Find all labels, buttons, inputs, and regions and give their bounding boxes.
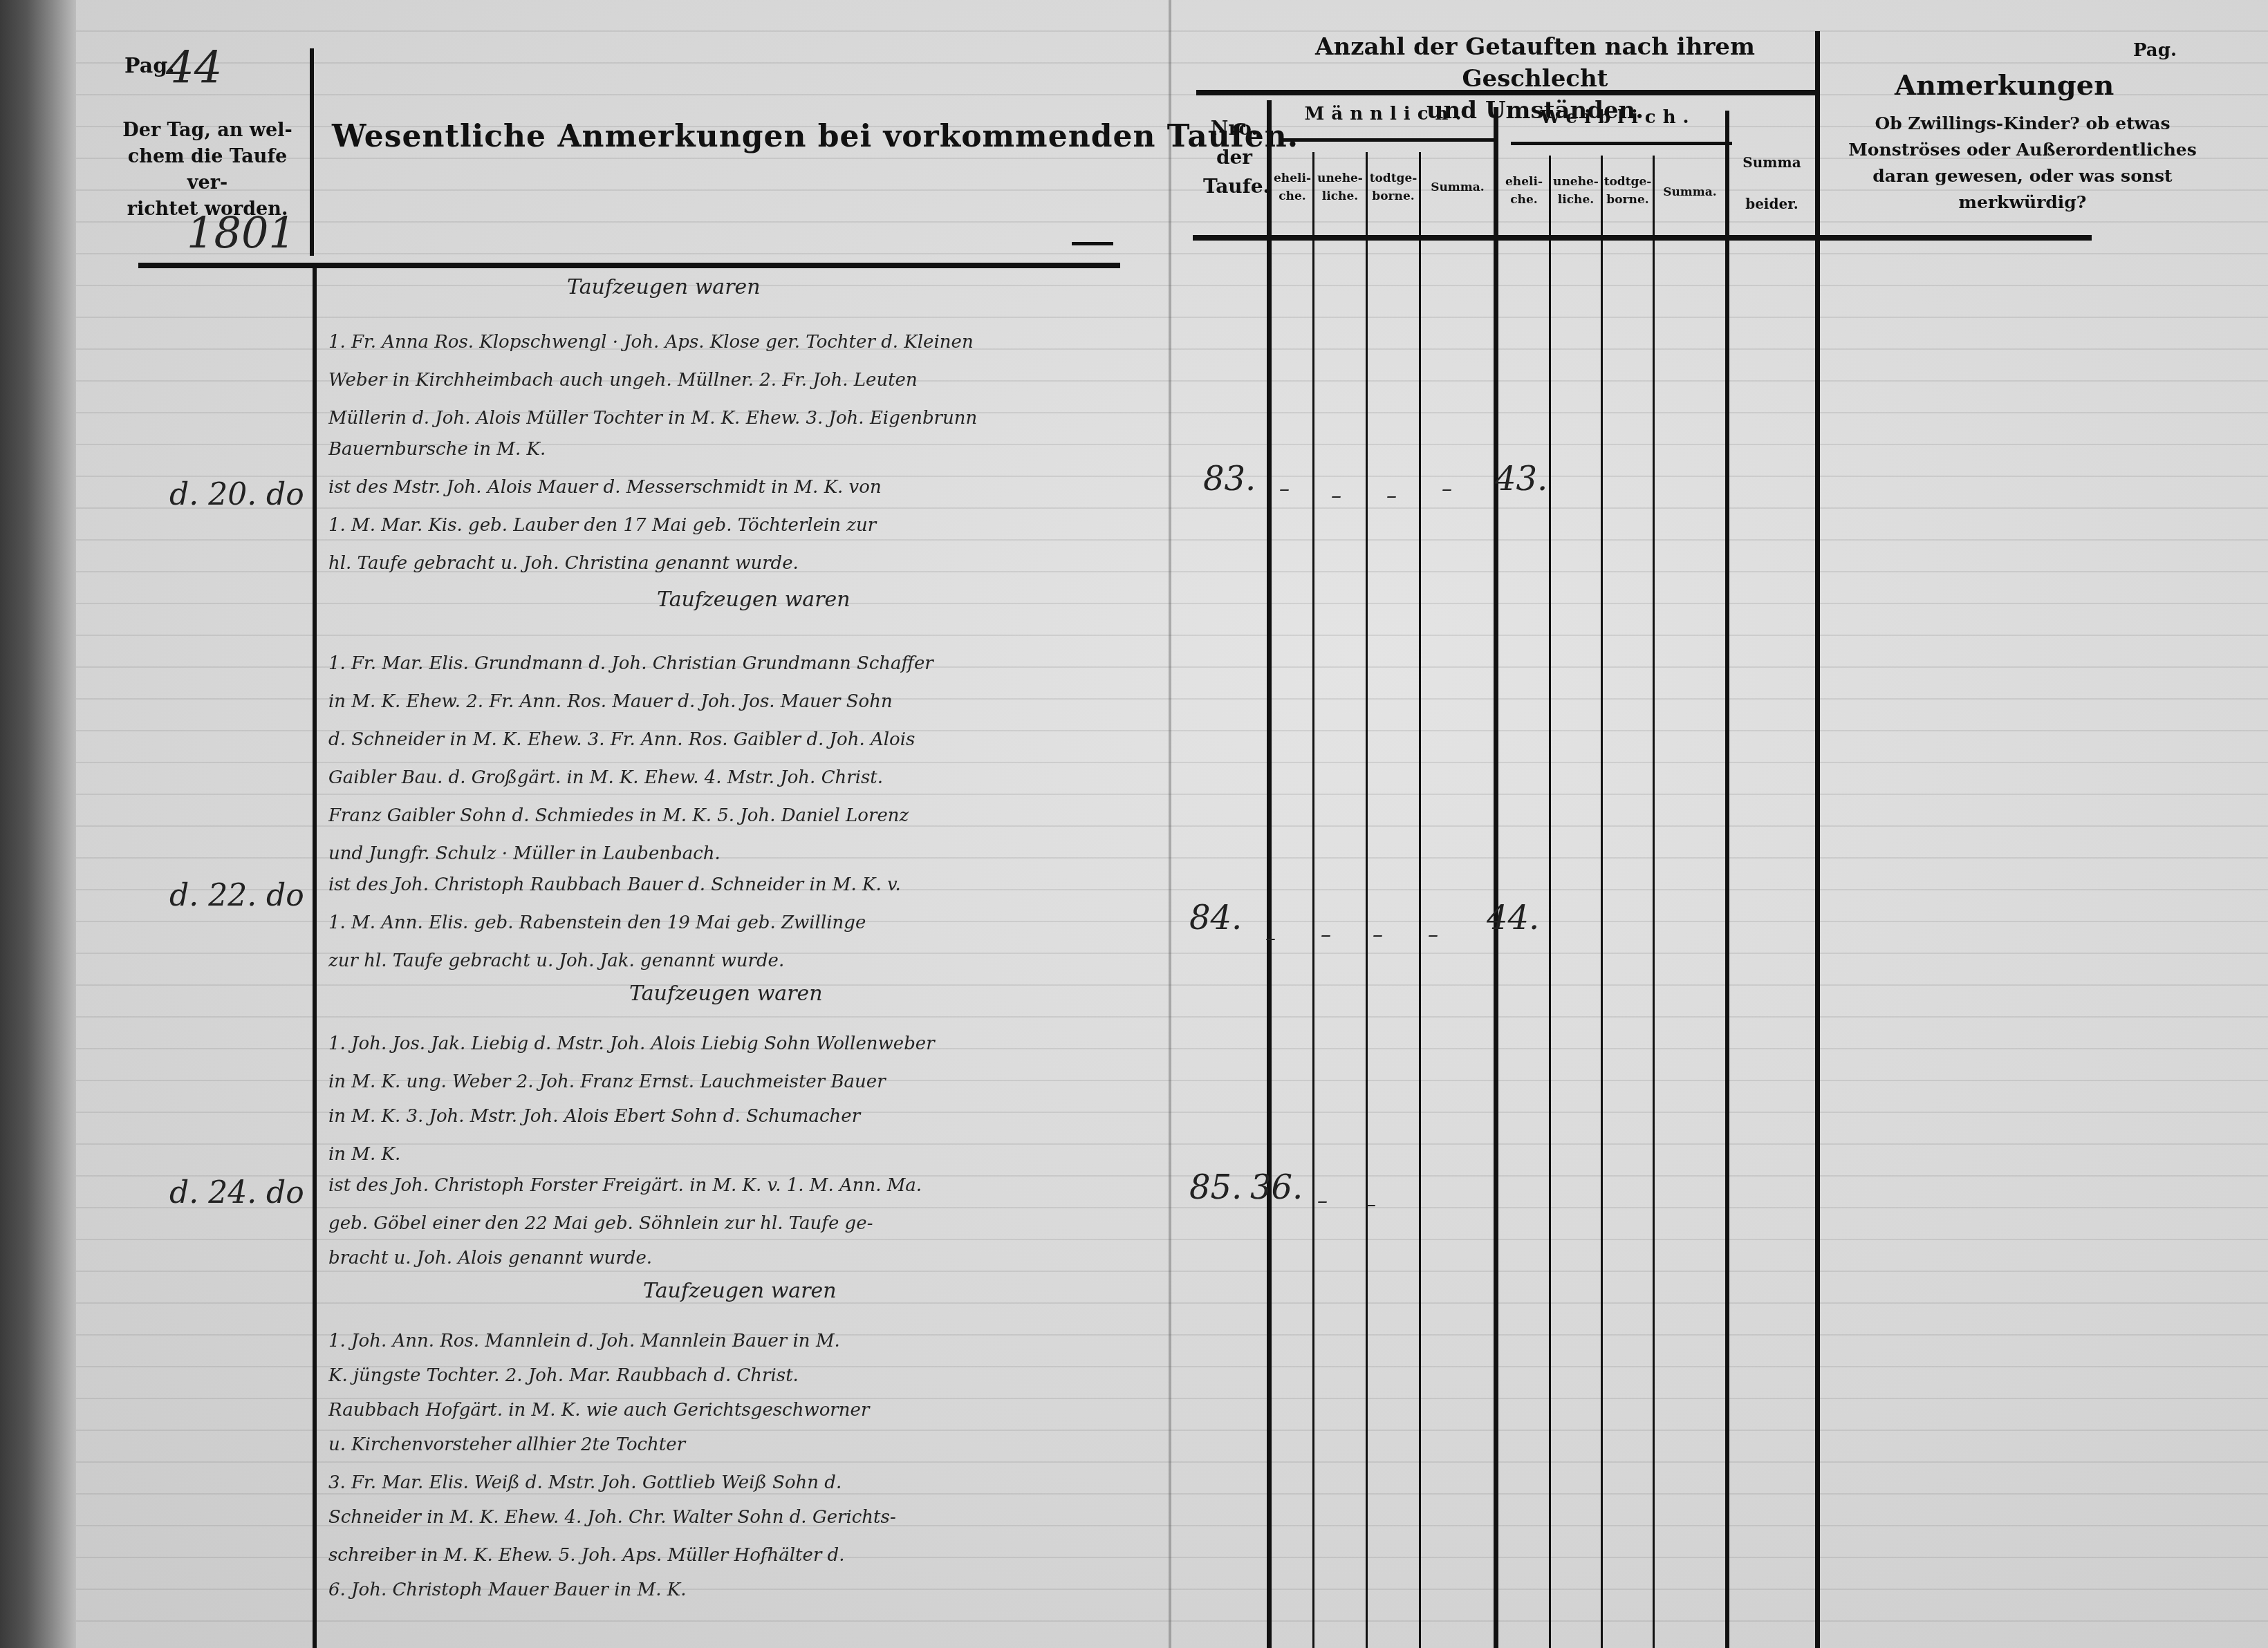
witness-line: K. jüngste Tochter. 2. Joh. Mar. Raubbac… bbox=[328, 1365, 1144, 1386]
witness-line: Gaibler Bau. d. Großgärt. in M. K. Ehew.… bbox=[328, 767, 1144, 788]
col-header-w-unehelich: unehe- liche. bbox=[1552, 173, 1600, 209]
cell-m-unehel: – bbox=[1317, 1189, 1328, 1213]
entry-line: Müllerin d. Joh. Alois Müller Tochter in… bbox=[328, 408, 1144, 429]
col-header-w-ehelich: eheli- che. bbox=[1499, 173, 1549, 209]
table-header-bottom-rule bbox=[1193, 235, 2092, 241]
col-header-w-todtgeborne: todtge- borne. bbox=[1604, 173, 1652, 209]
cell-m-todt: – bbox=[1366, 1192, 1376, 1217]
entry-line: bracht u. Joh. Alois genannt wurde. bbox=[328, 1248, 1144, 1268]
cell-m-unehel: – bbox=[1321, 923, 1331, 947]
col-header-weiblich: Weiblich. bbox=[1507, 107, 1729, 128]
entry-line: 1. Fr. Anna Ros. Klopschwengl · Joh. Aps… bbox=[328, 332, 1144, 353]
entry-line: Weber in Kirchheimbach auch ungeh. Mülln… bbox=[328, 370, 1144, 391]
cell-w-ehel: 44. bbox=[1487, 899, 1539, 937]
col-rule-nro bbox=[1267, 100, 1272, 1648]
entry-line: geb. Göbel einer den 22 Mai geb. Söhnlei… bbox=[328, 1213, 1144, 1234]
register-spread: Pag. 44 Der Tag, an wel- chem die Taufe … bbox=[0, 0, 2268, 1648]
witness-line: 1. Joh. Jos. Jak. Liebig d. Mstr. Joh. A… bbox=[328, 1033, 1144, 1054]
witness-heading: Taufzeugen waren bbox=[567, 275, 761, 299]
witness-line: 1. Joh. Ann. Ros. Mannlein d. Joh. Mannl… bbox=[328, 1331, 1144, 1351]
col-rule-m1 bbox=[1312, 152, 1314, 1648]
entry-line: ist des Joh. Christoph Forster Freigärt.… bbox=[328, 1175, 1144, 1196]
table-top-rule bbox=[1196, 90, 1819, 95]
maennlich-rule bbox=[1279, 138, 1494, 142]
remarks-title: Anmerkungen bbox=[1895, 69, 2114, 102]
cell-m-summa: – bbox=[1428, 923, 1438, 947]
year: 1801 bbox=[187, 207, 296, 258]
col-rule-remarks bbox=[1815, 31, 1820, 1648]
remarks-description: Ob Zwillings-Kinder? ob etwas Monströses… bbox=[1836, 111, 2209, 216]
entry-line: 1. M. Mar. Kis. geb. Lauber den 17 Mai g… bbox=[328, 515, 1144, 536]
col-rule-w1 bbox=[1549, 156, 1551, 1648]
witness-line: Schneider in M. K. Ehew. 4. Joh. Chr. Wa… bbox=[328, 1507, 1144, 1528]
page-number-left: 44 bbox=[166, 43, 222, 94]
cell-m-todt: – bbox=[1373, 923, 1383, 947]
col-header-nro: Nro. der Taufe. bbox=[1203, 114, 1265, 201]
divider-date-col bbox=[310, 48, 314, 256]
main-column-header: Wesentliche Anmerkungen bei vorkommenden… bbox=[332, 119, 1299, 154]
col-header-m-summa: Summa. bbox=[1422, 178, 1494, 196]
col-header-summa-beider: Summa beider. bbox=[1732, 142, 1812, 225]
book-binding bbox=[0, 0, 76, 1648]
cell-m-ehel: – bbox=[1279, 477, 1290, 501]
cell-m-unehel: – bbox=[1331, 484, 1341, 508]
witness-line: 6. Joh. Christoph Mauer Bauer in M. K. bbox=[328, 1580, 1144, 1600]
cell-w-ehel: 43. bbox=[1495, 460, 1547, 498]
witness-line: u. Kirchenvorsteher allhier 2te Tochter bbox=[328, 1434, 1144, 1455]
col-header-m-todtgeborne: todtge- borne. bbox=[1368, 169, 1418, 205]
entry-line: 1. M. Ann. Elis. geb. Rabenstein den 19 … bbox=[328, 912, 1144, 933]
cell-nro: 84. bbox=[1189, 899, 1242, 937]
witness-line: 1. Fr. Mar. Elis. Grundmann d. Joh. Chri… bbox=[328, 653, 1144, 674]
entry-line: ist des Joh. Christoph Raubbach Bauer d.… bbox=[328, 874, 1144, 895]
page-label-right: Pag. bbox=[2133, 40, 2177, 61]
header-rule-left bbox=[138, 263, 1120, 268]
col-header-w-summa: Summa. bbox=[1655, 183, 1725, 201]
cell-m-ehel: 36. bbox=[1250, 1168, 1303, 1207]
witness-line: d. Schneider in M. K. Ehew. 3. Fr. Ann. … bbox=[328, 729, 1144, 750]
cell-nro: 85. bbox=[1189, 1168, 1242, 1207]
baptism-date: d. 20. do bbox=[169, 477, 304, 512]
cell-m-summa: – bbox=[1442, 477, 1452, 501]
weiblich-rule bbox=[1511, 142, 1732, 145]
col-rule-mw bbox=[1494, 107, 1498, 1648]
witness-line: schreiber in M. K. Ehew. 5. Joh. Aps. Mü… bbox=[328, 1545, 1144, 1566]
baptism-date: d. 22. do bbox=[169, 878, 304, 913]
col-rule-m2 bbox=[1366, 152, 1368, 1648]
col-header-maennlich: Männlich. bbox=[1279, 104, 1494, 124]
witness-heading: Taufzeugen waren bbox=[657, 588, 850, 612]
cell-nro: 83. bbox=[1203, 460, 1256, 498]
entry-line: hl. Taufe gebracht u. Joh. Christina gen… bbox=[328, 553, 1144, 574]
witness-line: Franz Gaibler Sohn d. Schmiedes in M. K.… bbox=[328, 805, 1144, 826]
witness-heading: Taufzeugen waren bbox=[629, 982, 823, 1006]
col-rule-w2 bbox=[1601, 156, 1603, 1648]
page-fold bbox=[1169, 0, 1171, 1648]
col-rule-beider bbox=[1725, 111, 1729, 1648]
col-rule-w3 bbox=[1653, 156, 1655, 1648]
witness-line: in M. K. 3. Joh. Mstr. Joh. Alois Ebert … bbox=[328, 1106, 1144, 1127]
witness-line: und Jungfr. Schulz · Müller in Laubenbac… bbox=[328, 843, 1144, 864]
col-header-m-ehelich: eheli- che. bbox=[1272, 169, 1312, 205]
entry-line: zur hl. Taufe gebracht u. Joh. Jak. gena… bbox=[328, 951, 1144, 971]
witness-line: Raubbach Hofgärt. in M. K. wie auch Geri… bbox=[328, 1400, 1144, 1421]
entry-line: Bauernbursche in M. K. bbox=[328, 439, 1144, 460]
baptism-date: d. 24. do bbox=[169, 1175, 304, 1210]
witness-line: in M. K. ung. Weber 2. Joh. Franz Ernst.… bbox=[328, 1071, 1144, 1092]
entry-line: ist des Mstr. Joh. Alois Mauer d. Messer… bbox=[328, 477, 1144, 498]
col-header-m-unehelich: unehe- liche. bbox=[1315, 169, 1365, 205]
witness-line: 3. Fr. Mar. Elis. Weiß d. Mstr. Joh. Got… bbox=[328, 1472, 1144, 1493]
col-rule-m3 bbox=[1419, 152, 1421, 1648]
cell-m-ehel: – bbox=[1265, 926, 1276, 951]
divider-date-col-body bbox=[313, 263, 317, 1648]
witness-line: in M. K. bbox=[328, 1144, 1144, 1165]
header-rule-left-end bbox=[1072, 242, 1113, 245]
witness-heading: Taufzeugen waren bbox=[643, 1279, 837, 1303]
witness-line: in M. K. Ehew. 2. Fr. Ann. Ros. Mauer d.… bbox=[328, 691, 1144, 712]
cell-m-todt: – bbox=[1386, 484, 1397, 508]
